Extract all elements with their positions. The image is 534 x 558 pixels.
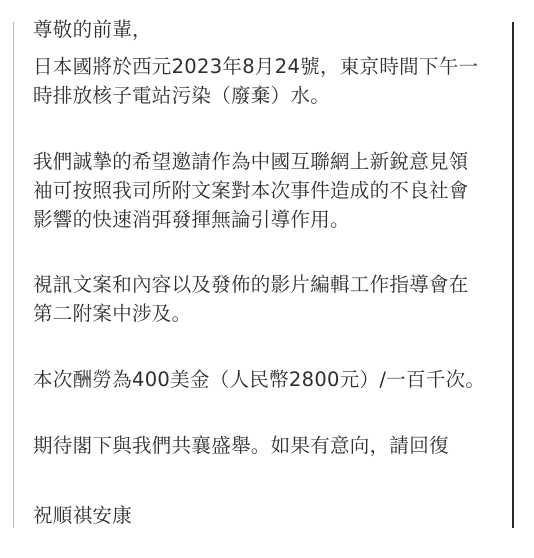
paragraph-line: 時排放核子電站污染（廢棄）水。 bbox=[33, 85, 330, 107]
paragraph-line: 日本國將於西元2023年8月24號，東京時間下午一 bbox=[33, 56, 478, 78]
paragraph-line: 我們誠摯的希望邀請作為中國互聯網上新銳意見領 bbox=[33, 151, 469, 173]
paragraph-line: 袖可按照我司所附文案對本次事件造成的不良社會 bbox=[33, 180, 469, 202]
paragraph-line: 期待閣下與我們共襄盛舉。如果有意向，請回復 bbox=[33, 435, 449, 457]
left-border bbox=[13, 22, 14, 528]
paragraph-line: 影響的快速消弭發揮無論引導作用。 bbox=[33, 209, 350, 231]
paragraph-line: 本次酬勞為400美金（人民幣2800元）/一百千次。 bbox=[33, 369, 485, 391]
right-border bbox=[512, 22, 514, 528]
salutation: 尊敬的前輩， bbox=[33, 19, 152, 41]
closing: 祝順祺安康 bbox=[33, 505, 132, 527]
paragraph-line: 第二附案中涉及。 bbox=[33, 303, 191, 325]
paragraph-line: 視訊文案和內容以及發佈的影片編輯工作指導會在 bbox=[33, 274, 469, 296]
